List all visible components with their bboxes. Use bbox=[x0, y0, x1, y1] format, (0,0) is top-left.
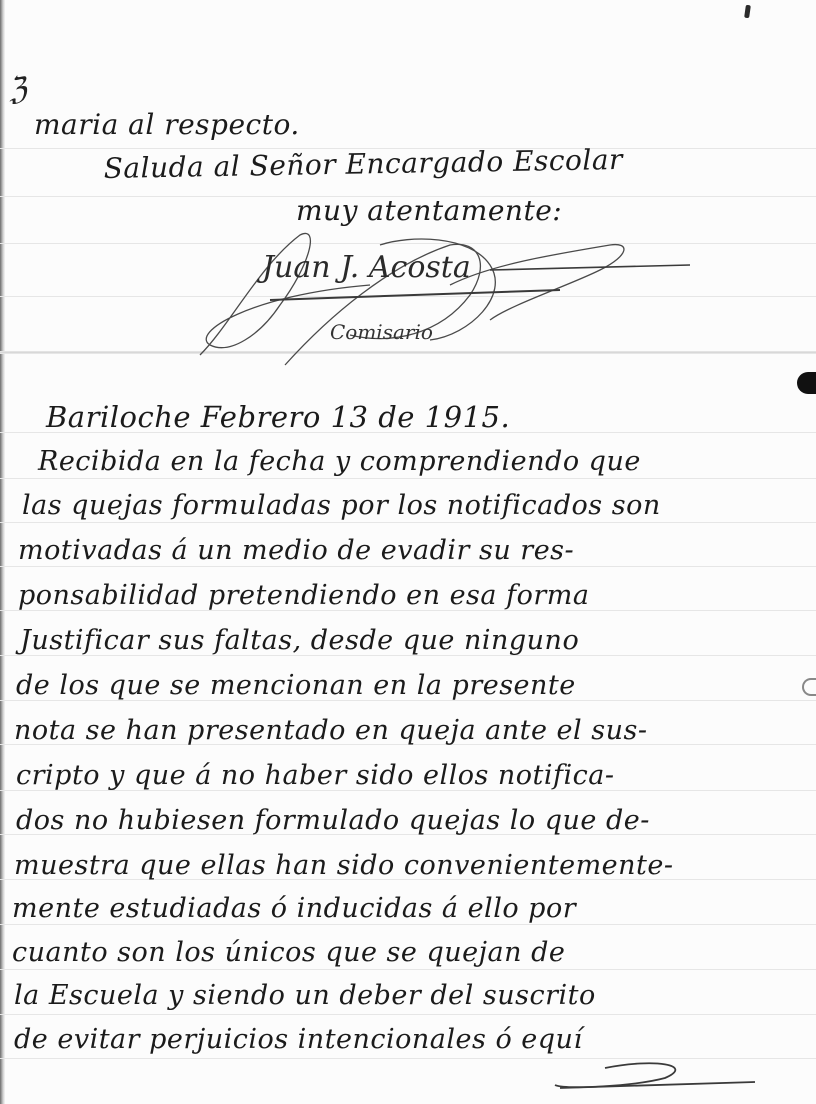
ruled-line bbox=[0, 1014, 816, 1015]
body-line: cripto y que á no haber sido ellos notif… bbox=[16, 760, 615, 791]
page-edge-shadow bbox=[0, 0, 5, 1104]
body-line: Recibida en la fecha y comprendiendo que bbox=[38, 446, 641, 477]
body-line: muestra que ellas han sido convenienteme… bbox=[14, 850, 674, 881]
signature-title: Comisario bbox=[330, 320, 433, 344]
ruled-line bbox=[0, 924, 816, 925]
margin-flourish: ℨ bbox=[6, 71, 29, 108]
ruled-line bbox=[0, 969, 816, 970]
closing-valediction: muy atentamente: bbox=[296, 194, 562, 227]
ruled-line bbox=[0, 478, 816, 479]
ink-mark bbox=[744, 5, 751, 19]
body-line: motivadas á un medio de evadir su res- bbox=[18, 535, 574, 566]
punch-hole bbox=[797, 372, 816, 394]
signature-flourish bbox=[190, 225, 700, 375]
body-line: Justificar sus faltas, desde que ninguno bbox=[20, 625, 579, 656]
body-line: ponsabilidad pretendiendo en esa forma bbox=[18, 580, 589, 611]
body-line: la Escuela y siendo un deber del suscrit… bbox=[14, 980, 596, 1011]
place-date: Bariloche Febrero 13 de 1915. bbox=[46, 400, 510, 434]
ruled-line bbox=[0, 1058, 816, 1059]
body-line: mente estudiadas ó inducidas á ello por bbox=[12, 893, 576, 924]
body-line: dos no hubiesen formulado quejas lo que … bbox=[16, 805, 650, 836]
body-line: de evitar perjuicios intencionales ó equ… bbox=[14, 1024, 583, 1055]
ruled-line bbox=[0, 566, 816, 567]
signature-name: Juan J. Acosta bbox=[262, 250, 471, 285]
body-line: nota se han presentado en queja ante el … bbox=[14, 715, 647, 746]
scanned-letter-page: ℨ maria al respecto. Saluda al Señor Enc… bbox=[0, 0, 816, 1104]
continuation-line: maria al respecto. bbox=[34, 108, 300, 141]
closing-greeting: Saluda al Señor Encargado Escolar bbox=[103, 143, 623, 185]
ruled-line bbox=[0, 522, 816, 523]
body-line: de los que se mencionan en la presente bbox=[16, 670, 576, 701]
body-line: las quejas formuladas por los notificado… bbox=[22, 490, 661, 521]
punch-hole-partial bbox=[802, 678, 816, 696]
body-line: cuanto son los únicos que se quejan de bbox=[12, 937, 565, 968]
end-flourish bbox=[545, 1060, 760, 1090]
